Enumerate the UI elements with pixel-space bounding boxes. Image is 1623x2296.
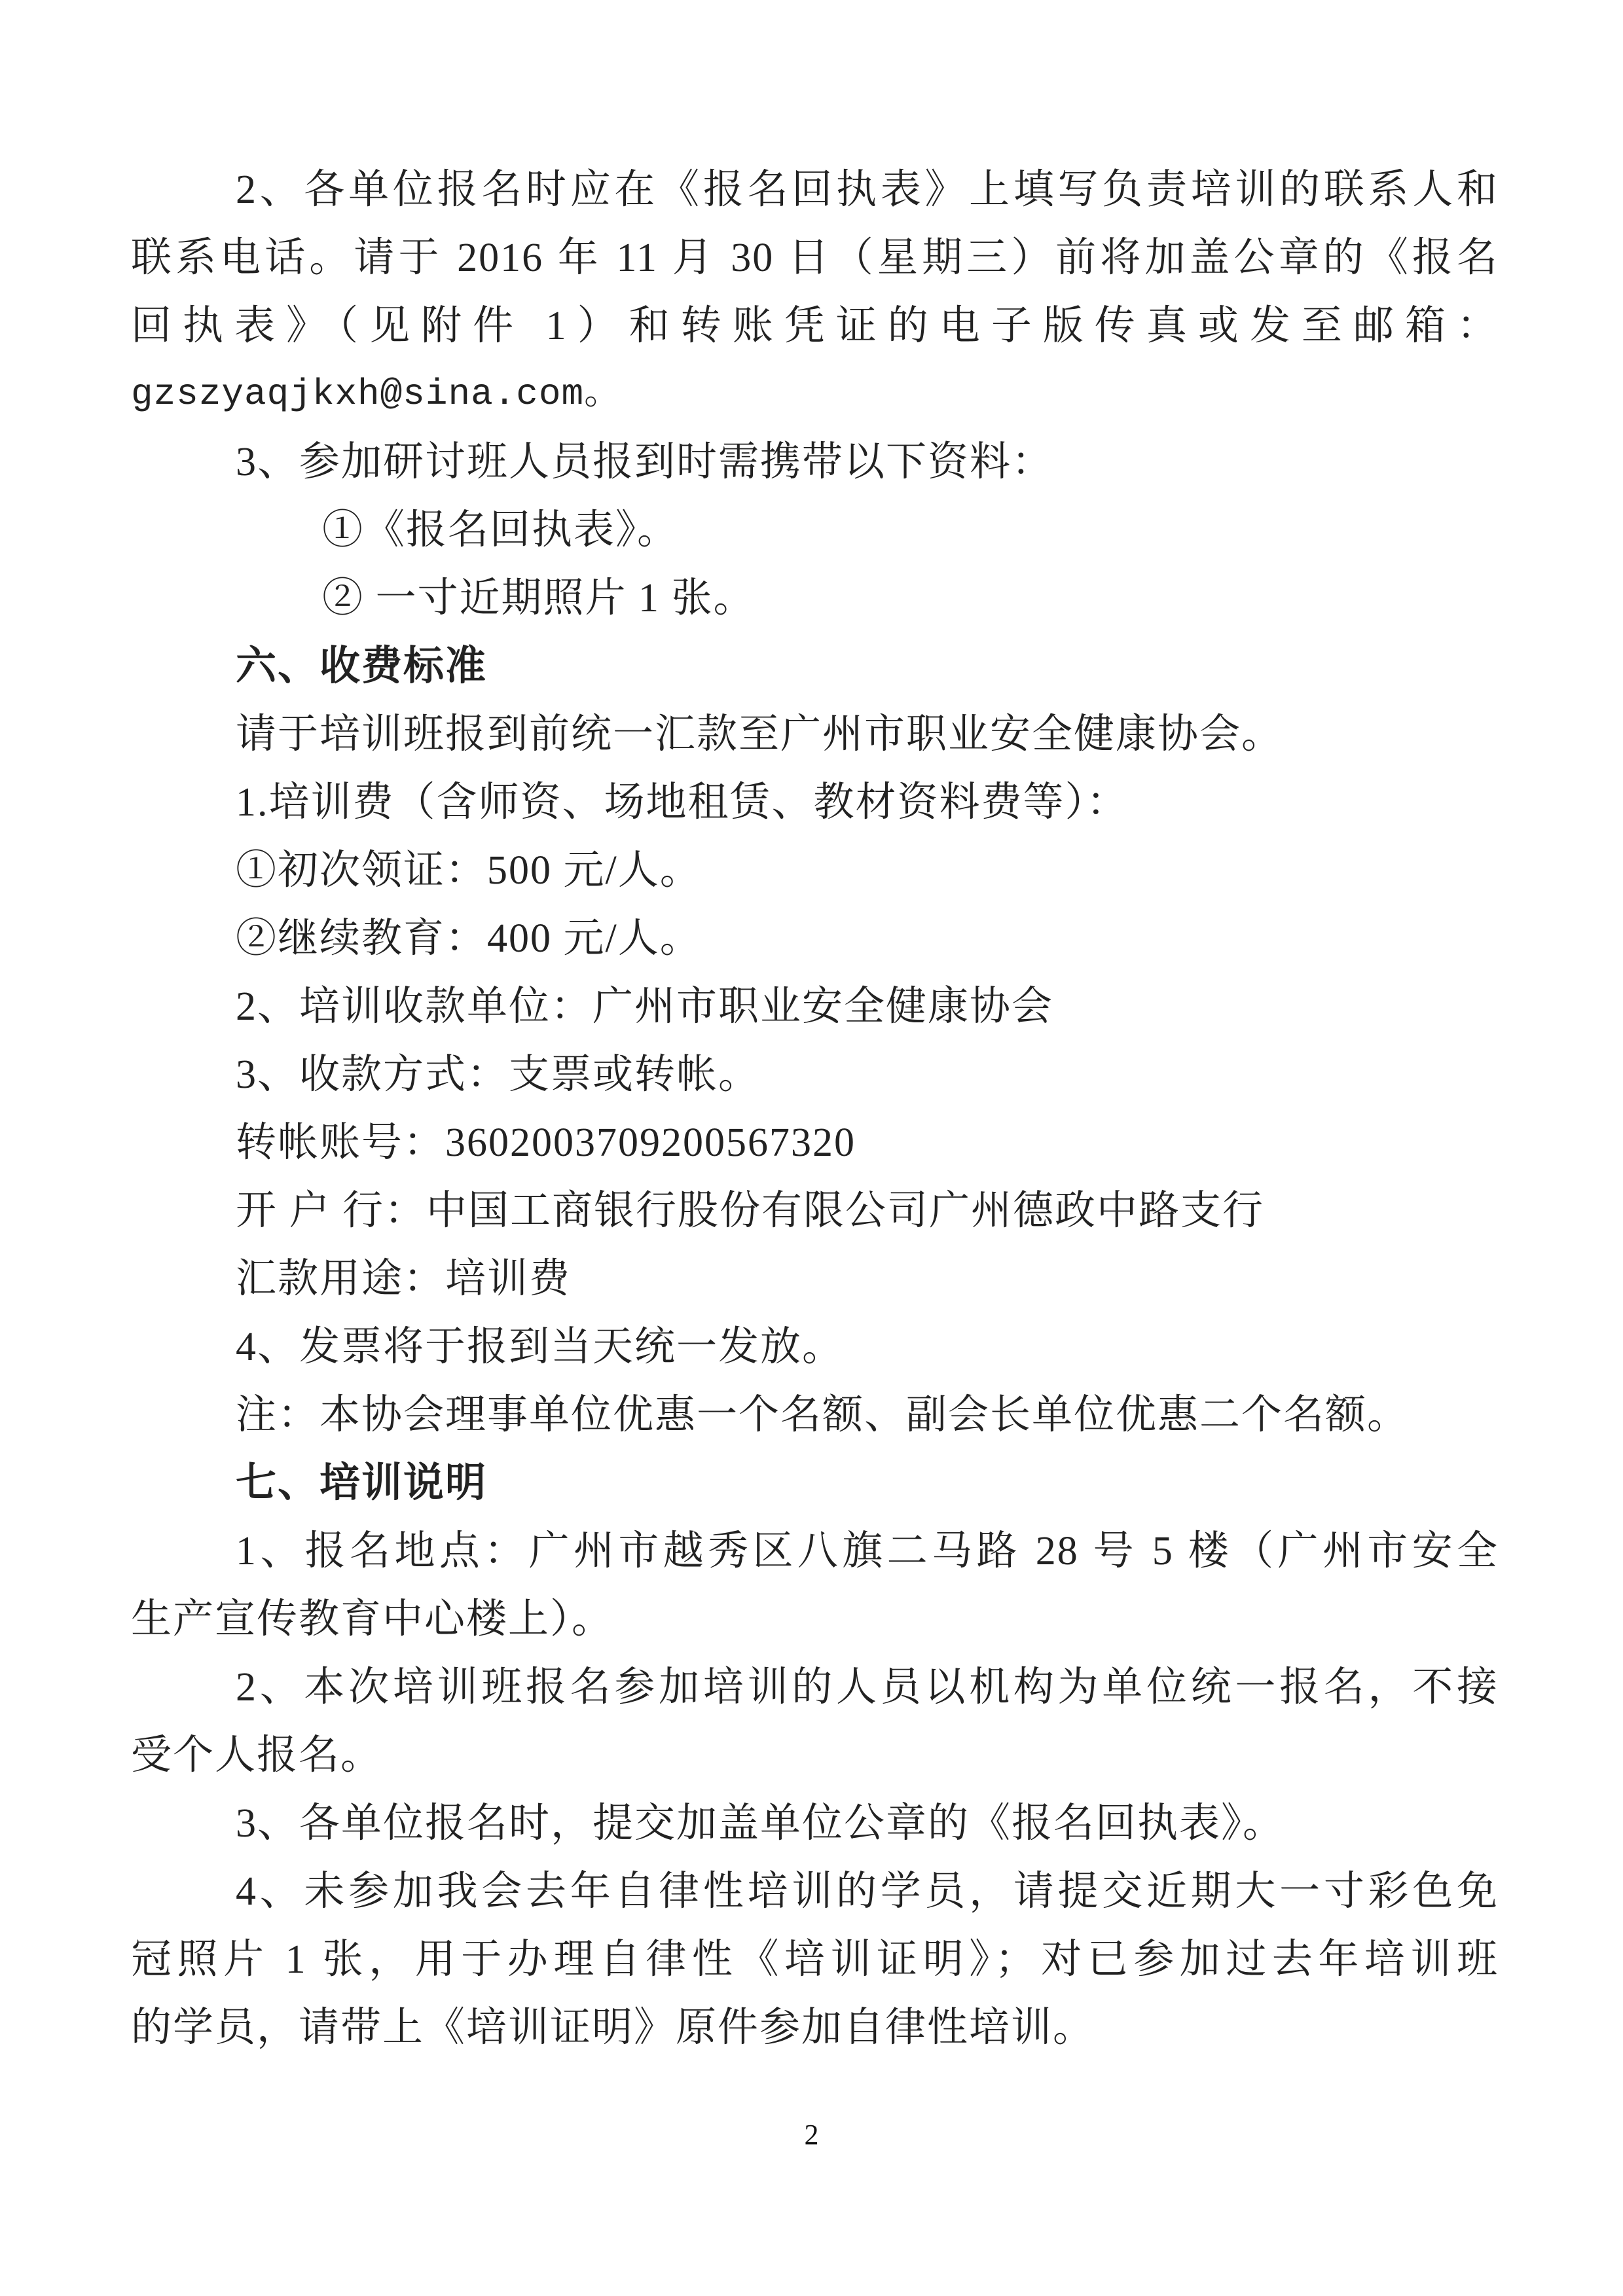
text-line: 冠照片 1 张，用于办理自律性《培训证明》；对已参加过去年培训班 (131, 1926, 1499, 1994)
text-line: 4、未参加我会去年自律性培训的学员，请提交近期大一寸彩色免 (131, 1857, 1499, 1926)
text-line: ②继续教育：400 元/人。 (131, 905, 1499, 973)
text-line: ①初次领证：500 元/人。 (131, 836, 1499, 905)
text-line: 回执表》（见附件 1）和转账凭证的电子版传真或发至邮箱： (131, 292, 1499, 360)
text-line: 2、各单位报名时应在《报名回执表》上填写负责培训的联系人和 (131, 156, 1499, 224)
section-heading-training-notes: 七、培训说明 (131, 1449, 1499, 1517)
text-line: 汇款用途：培训费 (131, 1245, 1499, 1313)
list-item: ② 一寸近期照片 1 张。 (131, 564, 1499, 632)
text-line: 1.培训费（含师资、场地租赁、教材资料费等）： (131, 768, 1499, 836)
text-line: 请于培训班报到前统一汇款至广州市职业安全健康协会。 (131, 700, 1499, 768)
section-heading-fees: 六、收费标准 (131, 632, 1499, 700)
text-line: 3、各单位报名时，提交加盖单位公章的《报名回执表》。 (131, 1789, 1499, 1857)
page-number: 2 (0, 2115, 1623, 2155)
text-line: 1、报名地点：广州市越秀区八旗二马路 28 号 5 楼（广州市安全 (131, 1517, 1499, 1585)
text-line: 联系电话。请于 2016 年 11 月 30 日（星期三）前将加盖公章的《报名 (131, 224, 1499, 292)
document-body: 2、各单位报名时应在《报名回执表》上填写负责培训的联系人和 联系电话。请于 20… (131, 156, 1499, 2062)
text-line: 2、培训收款单位：广州市职业安全健康协会 (131, 973, 1499, 1041)
text-line: 3、参加研讨班人员报到时需携带以下资料： (131, 428, 1499, 496)
email-address: gzszyaqjkxh@sina.com。 (131, 360, 1499, 428)
text-line: 受个人报名。 (131, 1721, 1499, 1789)
text-line: 生产宣传教育中心楼上）。 (131, 1585, 1499, 1653)
text-line: 的学员，请带上《培训证明》原件参加自律性培训。 (131, 1994, 1499, 2062)
bank-name: 开 户 行：中国工商银行股份有限公司广州德政中路支行 (131, 1177, 1499, 1245)
text-line: 4、发票将于报到当天统一发放。 (131, 1313, 1499, 1381)
list-item: ①《报名回执表》。 (131, 496, 1499, 564)
text-line: 3、收款方式：支票或转帐。 (131, 1041, 1499, 1109)
text-line: 2、本次培训班报名参加培训的人员以机构为单位统一报名，不接 (131, 1653, 1499, 1721)
document-page: 2、各单位报名时应在《报名回执表》上填写负责培训的联系人和 联系电话。请于 20… (0, 0, 1623, 2296)
note-line: 注：本协会理事单位优惠一个名额、副会长单位优惠二个名额。 (131, 1381, 1499, 1449)
bank-account-number: 转帐账号：3602003709200567320 (131, 1109, 1499, 1177)
